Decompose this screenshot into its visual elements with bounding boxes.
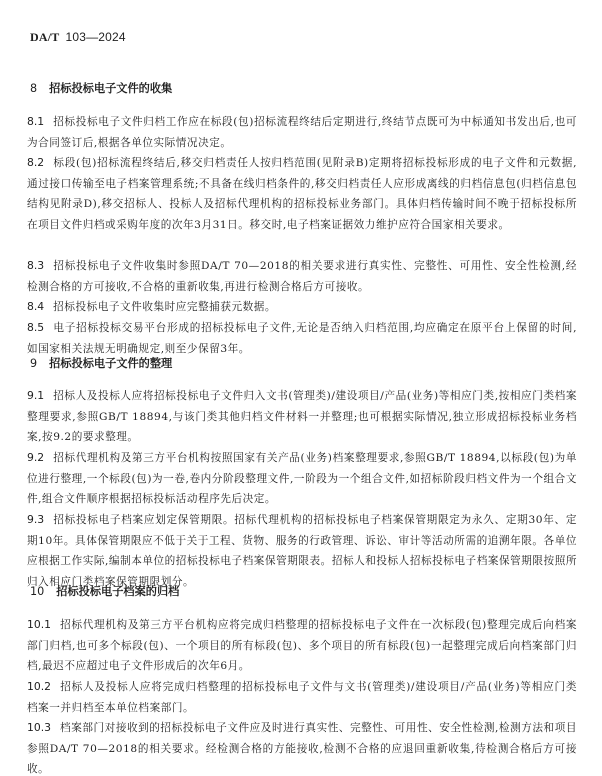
clause-8-2: 8.2标段(包)招标流程终结后,移交归档责任人按归档范围(见附录B)定期将招标投… (27, 153, 577, 235)
standard-number: 103—2024 (65, 30, 125, 44)
page-header: DA/T103—2024 (30, 30, 126, 45)
standard-code: DA/T (30, 30, 59, 44)
clause-8-1: 8.1招标投标电子文件归档工作应在标段(包)招标流程终结后定期进行,终结节点既可… (27, 112, 577, 153)
section-heading-8: 8招标投标电子文件的收集 (30, 80, 172, 96)
section-heading-9: 9招标投标电子文件的整理 (30, 355, 172, 371)
clause-10-1: 10.1招标代理机构及第三方平台机构应将完成归档整理的招标投标电子文件在一次标段… (27, 615, 577, 677)
clause-10-3: 10.3档案部门对接收到的招标投标电子文件应及时进行真实性、完整性、可用性、安全… (27, 718, 577, 776)
clause-10-2: 10.2招标人及投标人应将完成归档整理的招标投标电子文件与文书(管理类)/建设项… (27, 677, 577, 718)
clause-9-2: 9.2招标代理机构及第三方平台机构按照国家有关产品(业务)档案整理要求,参照GB… (27, 448, 577, 510)
clause-8-3: 8.3招标投标电子文件收集时参照DA/T 70—2018的相关要求进行真实性、完… (27, 256, 577, 297)
section-heading-10: 10招标投标电子档案的归档 (30, 583, 179, 599)
clause-9-3: 9.3招标投标电子档案应划定保管期限。招标代理机构的招标投标电子档案保管期限定为… (27, 510, 577, 592)
clause-8-4-text: 8.4招标投标电子文件收集时应完整捕获元数据。 (27, 297, 577, 318)
clause-8-5: 8.5电子招标投标交易平台形成的招标投标电子文件,无论是否纳入归档范围,均应确定… (27, 318, 577, 359)
clause-9-1: 9.1招标人及投标人应将招标投标电子文件归入文书(管理类)/建设项目/产品(业务… (27, 386, 577, 448)
